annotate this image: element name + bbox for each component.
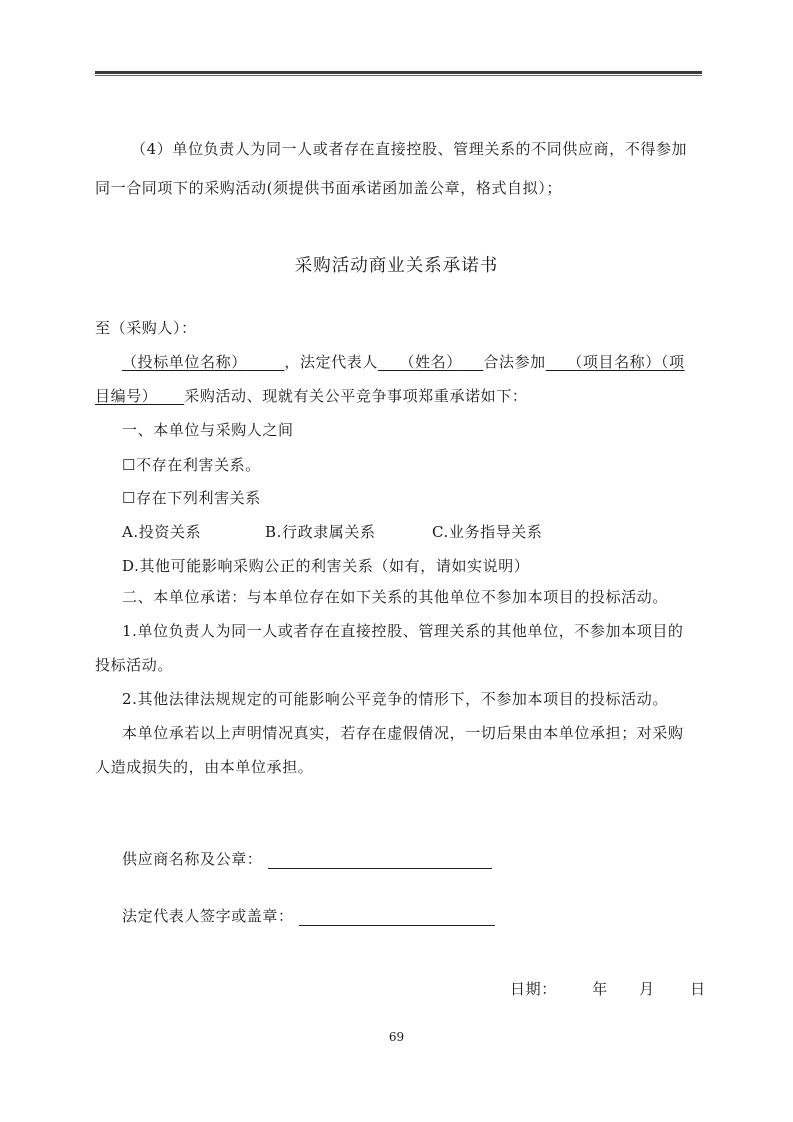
date-label: 日期： — [510, 979, 557, 999]
checkbox-icon[interactable]: ☐ — [122, 456, 136, 474]
option-no-interest-label: 不存在利害关系。 — [136, 456, 261, 474]
option-interest-exists-label: 存在下列利害关系 — [136, 489, 261, 507]
rep-name-field[interactable]: （姓名） — [378, 353, 483, 371]
section-1-heading: 一、本单位与采购人之间 — [122, 420, 294, 440]
commitment-paragraph-line-2: 目编号） 采购活动、现就有关公平竞争事项郑重承诺如下： — [95, 386, 527, 406]
commitment-paragraph-line-1: （投标单位名称） ，法定代表人 （姓名） 合法参加 （项目名称）（项 — [122, 352, 685, 372]
header-rule-thick — [95, 71, 702, 74]
header-rule — [95, 71, 702, 76]
date-day[interactable]: 日 — [690, 979, 706, 999]
project-name-field[interactable]: （项目名称）（项 — [546, 353, 685, 371]
text-legal-rep: ，法定代表人 — [284, 353, 378, 371]
rep-signature-field[interactable] — [299, 909, 495, 926]
header-rule-thin — [95, 75, 702, 76]
relation-d: D.其他可能影响采购公正的利害关系（如有，请如实说明） — [122, 556, 529, 576]
supplier-signature-row: 供应商名称及公章： — [122, 849, 492, 869]
text-participate: 合法参加 — [483, 353, 545, 371]
date-row: 日期： 年 月 日 — [510, 979, 706, 999]
salutation: 至（采购人）： — [95, 318, 197, 338]
option-interest-exists: ☐存在下列利害关系 — [122, 488, 261, 508]
date-month[interactable]: 月 — [639, 979, 655, 999]
item-2: 2.其他法律法规规定的可能影响公平竞争的情形下，不参加本项目的投标活动。 — [122, 689, 668, 709]
closing-line-2: 人造成损失的，由本单位承担。 — [95, 757, 313, 777]
intro-line-1: （4）单位负责人为同一人或者存在直接控股、管理关系的不同供应商，不得参加 — [131, 139, 687, 159]
intro-line-2: 同一合同项下的采购活动(须提供书面承诺函加盖公章，格式自拟）； — [95, 178, 562, 198]
page-number: 69 — [0, 1030, 793, 1044]
rep-signature-row: 法定代表人签字或盖章： — [122, 906, 495, 926]
text-commitment-intro: 采购活动、现就有关公平竞争事项郑重承诺如下： — [184, 387, 527, 405]
section-2-heading: 二、本单位承诺：与本单位存在如下关系的其他单位不参加本项目的投标活动。 — [122, 587, 668, 607]
option-no-interest: ☐不存在利害关系。 — [122, 455, 261, 475]
item-1-line-1: 1.单位负责人为同一人或者存在直接控股、管理关系的其他单位，不参加本项目的 — [122, 621, 684, 641]
document-title: 采购活动商业关系承诺书 — [0, 252, 793, 277]
relation-b: B.行政隶属关系 — [265, 522, 376, 542]
checkbox-icon[interactable]: ☐ — [122, 489, 136, 507]
closing-line-1: 本单位承若以上声明情况真实，若存在虚假倩况，一切后果由本单位承担；对采购 — [122, 723, 684, 743]
bidder-name-field[interactable]: （投标单位名称） — [122, 353, 284, 371]
supplier-name-field[interactable] — [268, 852, 492, 869]
supplier-label: 供应商名称及公章： — [122, 850, 262, 868]
relation-c: C.业务指导关系 — [432, 522, 543, 542]
relation-a: A.投资关系 — [122, 522, 201, 542]
item-1-line-2: 投标活动。 — [95, 655, 173, 675]
date-year[interactable]: 年 — [592, 979, 608, 999]
rep-label: 法定代表人签字或盖章： — [122, 907, 294, 925]
project-number-field[interactable]: 目编号） — [95, 387, 184, 405]
